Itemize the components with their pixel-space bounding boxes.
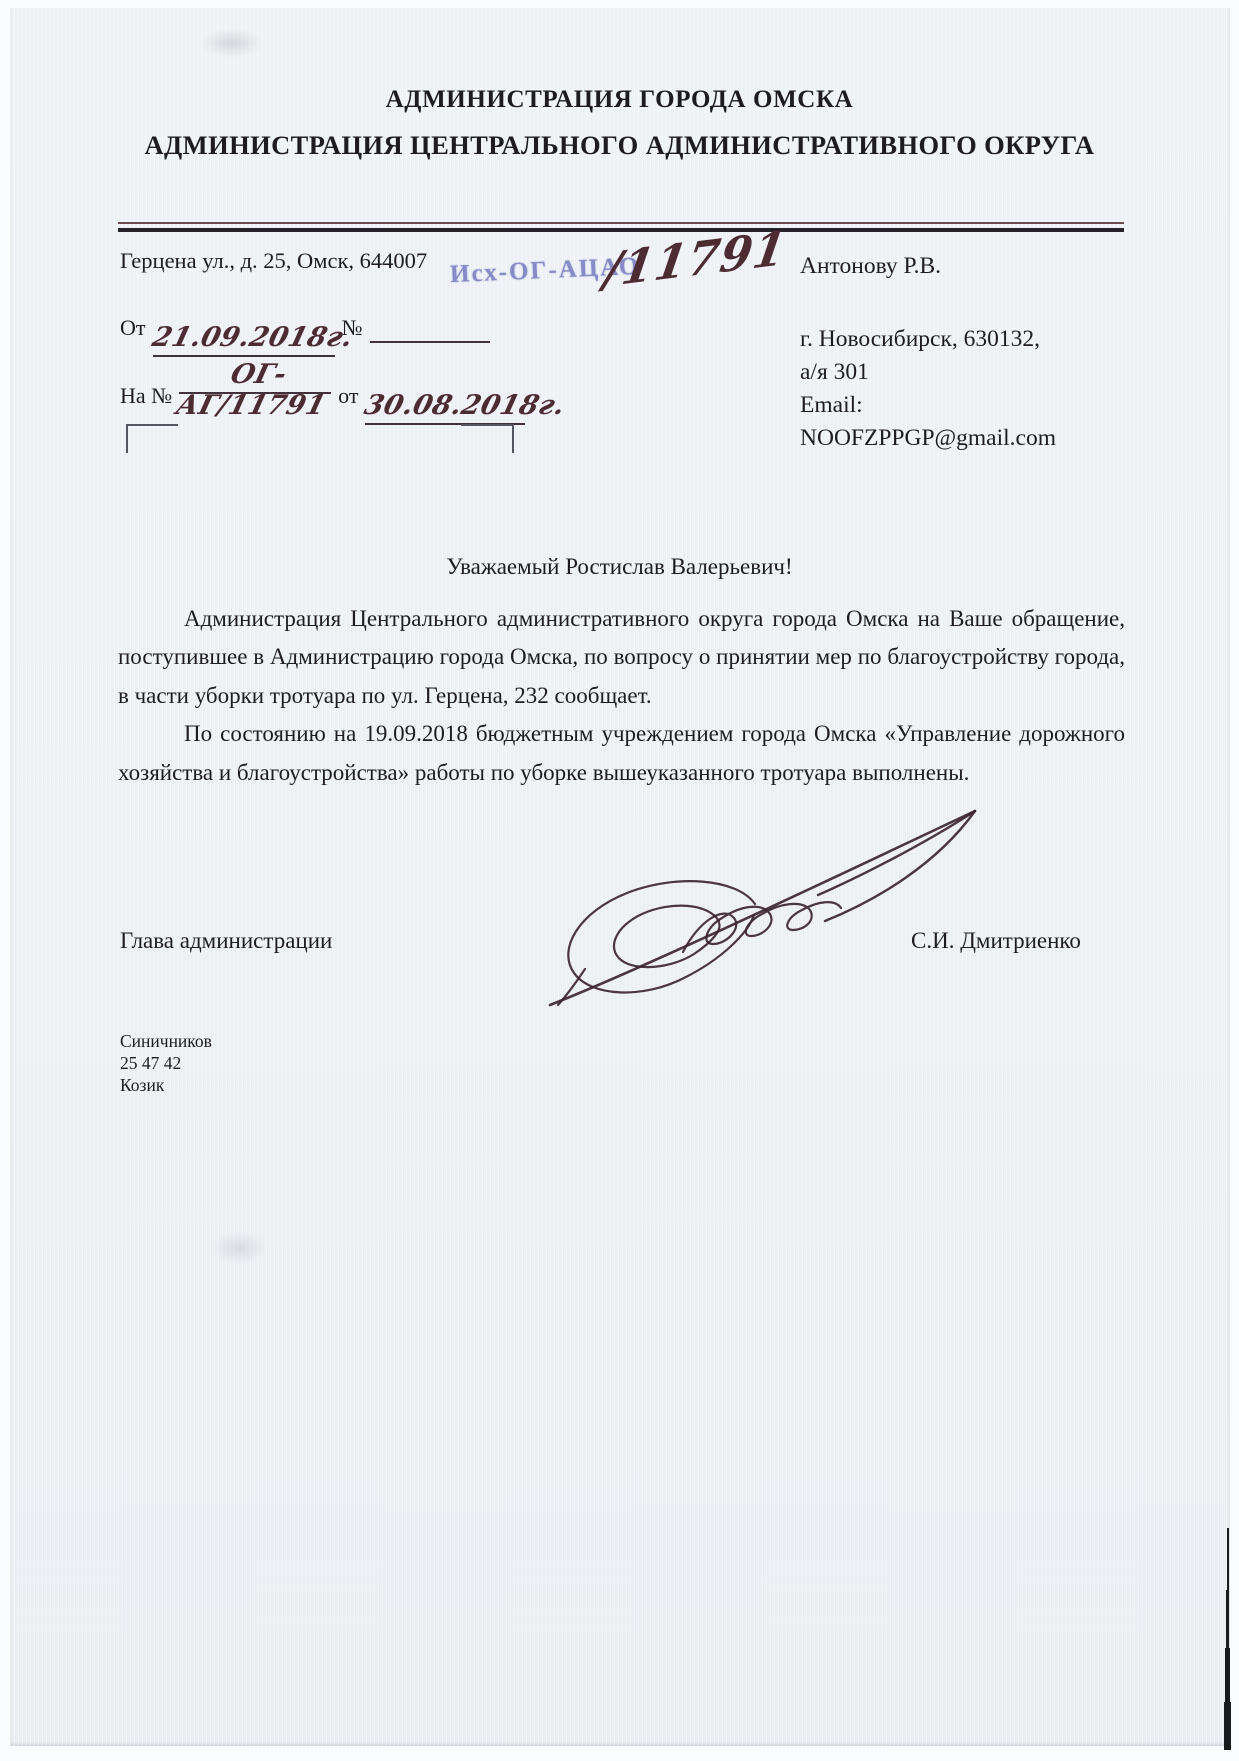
letter-body: Администрация Центрального административ… xyxy=(118,600,1125,792)
recipient-city: г. Новосибирск, 630132, xyxy=(800,323,1056,356)
executor-name-2: Козик xyxy=(120,1074,212,1096)
scan-edge-artifact xyxy=(1226,1590,1229,1648)
sender-address: Герцена ул., д. 25, Омск, 644007 xyxy=(120,248,427,274)
incoming-date-handwritten: 30.08.2018г. xyxy=(362,390,569,421)
outgoing-date-handwritten: 21.09.2018г. xyxy=(149,322,356,353)
org-name-line1: АДМИНИСТРАЦИЯ ГОРОДА ОМСКА xyxy=(0,86,1239,114)
incoming-number-slot: ОГ-АГ/11791 xyxy=(179,356,331,394)
org-name-line2: АДМИНИСТРАЦИЯ ЦЕНТРАЛЬНОГО АДМИНИСТРАТИВ… xyxy=(0,130,1239,161)
recipient-block: Антонову Р.В. г. Новосибирск, 630132, а/… xyxy=(800,250,1056,455)
incoming-from-label: от xyxy=(338,383,358,408)
recipient-name: Антонову Р.В. xyxy=(800,250,1056,283)
body-paragraph-1: Администрация Центрального административ… xyxy=(118,600,1125,715)
outgoing-line: От21.09.2018г.№ xyxy=(120,305,497,357)
scan-edge-artifact xyxy=(1225,1648,1230,1704)
executor-name: Синичников xyxy=(120,1030,212,1052)
outgoing-number-slot xyxy=(370,305,490,343)
scan-smudge xyxy=(212,1232,266,1264)
scan-edge-artifact xyxy=(1227,1528,1229,1590)
recipient-email-label: Email: xyxy=(800,389,1056,422)
recipient-po-box: а/я 301 xyxy=(800,356,1056,389)
scan-edge-artifact xyxy=(1224,1702,1231,1750)
scan-smudge xyxy=(200,28,264,58)
incoming-line: На №ОГ-АГ/11791от30.08.2018г. xyxy=(120,356,532,425)
executor-block: Синичников 25 47 42 Козик xyxy=(120,1030,212,1096)
letterhead-divider-thin xyxy=(118,222,1124,224)
scanned-letter: АДМИНИСТРАЦИЯ ГОРОДА ОМСКА АДМИНИСТРАЦИЯ… xyxy=(0,0,1239,1761)
executor-phone: 25 47 42 xyxy=(120,1052,212,1074)
incoming-reply-label: На № xyxy=(120,383,172,408)
outgoing-date-slot: 21.09.2018г. xyxy=(153,319,335,357)
signer-title: Глава администрации xyxy=(120,928,332,954)
signature xyxy=(523,772,1005,1010)
salutation: Уважаемый Ростислав Валерьевич! xyxy=(0,554,1239,580)
outgoing-from-label: От xyxy=(120,315,146,340)
incoming-number-handwritten: ОГ-АГ/11791 xyxy=(171,359,338,421)
incoming-date-slot: 30.08.2018г. xyxy=(365,387,525,425)
address-zone-corner-right xyxy=(461,424,514,453)
recipient-email: NOOFZPPGP@gmail.com xyxy=(800,422,1056,455)
address-zone-corner-left xyxy=(126,424,178,453)
letterhead-divider-thick xyxy=(118,228,1124,232)
